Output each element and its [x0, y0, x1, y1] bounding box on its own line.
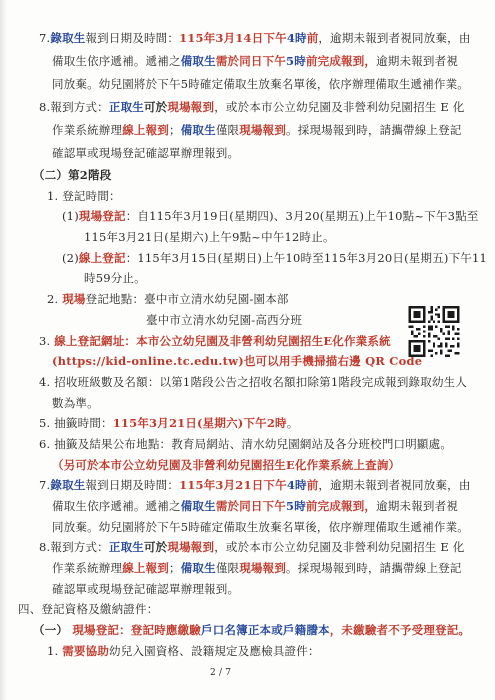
- text-run: 。: [287, 416, 299, 430]
- text-run: 現場報到: [167, 100, 214, 114]
- text-run: 報到日期及時間：: [85, 478, 179, 492]
- doc-line: 同放棄。幼兒園將於下午5時確定備取生放棄名單後，依序辦理備取生遞補作業。: [0, 73, 495, 96]
- text-run: 7.: [39, 478, 50, 492]
- text-run: 同放棄。幼兒園將於下午5時確定備取生放棄名單後，依序辦理備取生遞補作業。: [52, 77, 469, 91]
- doc-line: 同放棄。幼兒園將於下午5時確定備取生放棄名單後，依序辦理備取生遞補作業。: [0, 517, 495, 538]
- text-run: 同放棄。幼兒園將於下午5時確定備取生放棄名單後，依序辦理備取生遞補作業。: [52, 520, 469, 534]
- text-run: 7.: [39, 31, 50, 45]
- text-run: 需於同日下午: [216, 54, 286, 68]
- text-run: 。採現場報到時，請攜帶線上登記: [286, 123, 462, 137]
- doc-line: 8.報到方式：正取生可於現場報到，或於本市公立幼兒園及非營利幼兒園招生 E 化: [0, 537, 495, 558]
- text-run: 錄取生: [50, 478, 85, 492]
- text-run: ，逾期未報到者視同放棄，由: [318, 31, 470, 45]
- text-run: 現場: [62, 292, 85, 306]
- doc-line: 作業系統辦理線上報到；備取生僅限現場報到。採現場報到時，請攜帶線上登記: [0, 119, 495, 142]
- doc-line: 115年3月21日(星期六)上午9點~中午12時止。: [0, 227, 495, 248]
- text-run: 幼兒入園資格、設籍規定及應檢具證件：: [109, 644, 320, 658]
- text-run: (2): [62, 251, 79, 265]
- doc-line: 時59分止。: [0, 268, 495, 289]
- doc-line: 7.錄取生報到日期及時間：115年3月21日下午4時前，逾期未報到者視同放棄，由: [0, 475, 495, 496]
- doc-line: 確認單或現場登記確認單辦理報到。: [0, 142, 495, 165]
- text-run: ；: [169, 123, 181, 137]
- doc-line: 四、登記資格及繳納證件：: [0, 599, 495, 620]
- text-run: 正取生: [109, 540, 144, 554]
- text-run: 線上登記: [79, 251, 126, 265]
- text-run: 前: [307, 478, 319, 492]
- text-run: (1): [62, 209, 79, 223]
- doc-line: 作業系統辦理線上報到；備取生僅限現場報到。採現場報到時，請攜帶線上登記: [0, 558, 495, 579]
- doc-line: 數為準。: [0, 393, 495, 414]
- doc-line: 備取生依序遞補。遞補之備取生需於同日下午5時前完成報到，逾期未報到者視: [0, 496, 495, 517]
- text-run: 現場報到: [239, 123, 286, 137]
- text-run: 可於: [144, 540, 167, 554]
- text-run: 5時: [286, 499, 306, 513]
- text-run: 115年3月14日下午: [179, 31, 287, 45]
- doc-line: 1. 登記時間：: [0, 186, 495, 207]
- doc-line: (1)現場登記：自115年3月19日(星期四)、3月20(星期五)上午10點~下…: [0, 206, 495, 227]
- text-run: 逾期未報到者視: [376, 499, 458, 513]
- doc-line: 1. 需要協助幼兒入園資格、設籍規定及應檢具證件：: [0, 641, 495, 662]
- text-run: 線上登記網址：本市公立幼兒園及非營利幼兒園招生E化作業系統: [54, 334, 391, 348]
- text-run: ；: [169, 561, 181, 575]
- text-run: 臺中市立清水幼兒園-高西分班: [146, 313, 302, 327]
- text-run: 2.: [47, 292, 62, 306]
- text-run: 登記地點：臺中市立清水幼兒園-園本部: [86, 292, 289, 306]
- text-run: 備取生依序遞補。遞補之: [52, 499, 181, 513]
- text-run: 備取生依序遞補。遞補之: [52, 54, 181, 68]
- doc-line: 7.錄取生報到日期及時間：115年3月14日下午4時前，逾期未報到者視同放棄，由: [0, 27, 495, 50]
- text-run: ：自115年3月19日(星期四)、3月20(星期五)上午10點~下午3點至: [126, 209, 479, 223]
- text-run: 現場報到: [167, 540, 214, 554]
- text-run: ，或於本市公立幼兒園及非營利幼兒園招生 E 化: [214, 540, 464, 554]
- text-run: 線上報到: [122, 123, 169, 137]
- text-run: 正取生: [109, 100, 144, 114]
- text-run: 確認單或現場登記確認單辦理報到。: [52, 146, 239, 160]
- text-run: 5. 抽籤時間：: [39, 416, 113, 430]
- text-run: 線上報到: [122, 561, 169, 575]
- text-run: 前: [307, 31, 319, 45]
- text-run: 僅限: [216, 561, 239, 575]
- text-run: 115年3月21日(星期六)上午9點~中午12時止。: [84, 230, 335, 244]
- text-run: 。採現場報到時，請攜帶線上登記: [286, 561, 462, 575]
- text-run: 前完成報到，: [306, 499, 376, 513]
- text-run: 備取生: [181, 561, 216, 575]
- text-run: 確認單或現場登記確認單辦理報到。: [52, 582, 239, 596]
- text-run: 備取生: [181, 499, 216, 513]
- text-run: 現場登記: [79, 209, 126, 223]
- doc-line: 備取生依序遞補。遞補之備取生需於同日下午5時前完成報到，逾期未報到者視: [0, 50, 495, 73]
- text-run: ：115年3月15日(星期日)上午10時至115年3月20日(星期五)下午11: [126, 251, 487, 265]
- text-run: （另可於本市公立幼兒園及非營利幼兒園招生E化作業系統上查詢）: [52, 458, 400, 472]
- doc-line: (2)線上登記：115年3月15日(星期日)上午10時至115年3月20日(星期…: [0, 248, 495, 269]
- text-run: 5時: [286, 54, 306, 68]
- text-run: 時59分止。: [84, 271, 146, 285]
- text-run: 錄取生: [50, 31, 85, 45]
- doc-line: 8.報到方式：正取生可於現場報到，或於本市公立幼兒園及非營利幼兒園招生 E 化: [0, 96, 495, 119]
- text-run: 現場登記：登記時應繳驗: [72, 623, 201, 637]
- text-run: 作業系統辦理: [52, 561, 122, 575]
- text-run: 前完成報到，: [306, 54, 376, 68]
- doc-line: 確認單或現場登記確認單辦理報到。: [0, 579, 495, 600]
- page-number: 2 / 7: [0, 663, 495, 684]
- text-run: ，未繳驗者不予受理登記。: [330, 623, 470, 637]
- doc-line: （另可於本市公立幼兒園及非營利幼兒園招生E化作業系統上查詢）: [0, 455, 495, 476]
- text-run: ，或於本市公立幼兒園及非營利幼兒園招生 E 化: [214, 100, 464, 114]
- text-run: 3.: [39, 334, 54, 348]
- text-run: 4時: [287, 31, 307, 45]
- text-run: 戶口名簿正本或戶籍謄本: [201, 623, 330, 637]
- text-run: 數為準。: [52, 396, 99, 410]
- doc-line: （一） 現場登記：登記時應繳驗戶口名簿正本或戶籍謄本，未繳驗者不予受理登記。: [0, 620, 495, 641]
- text-run: 4. 招收班級數及名額：以第1階段公告之招收名額扣除第1階段完成報到錄取幼生人: [39, 375, 467, 389]
- text-run: 僅限: [216, 123, 239, 137]
- text-run: ，逾期未報到者視同放棄，由: [318, 478, 470, 492]
- text-run: 可於: [144, 100, 167, 114]
- text-run: 115年3月21日下午: [179, 478, 287, 492]
- qr-code-image: [406, 306, 462, 357]
- text-run: 備取生: [181, 123, 216, 137]
- text-run: （二）第2階段: [33, 168, 111, 182]
- text-run: (https://kid-online.tc.edu.tw)也可以用手機掃描右邊…: [52, 354, 422, 368]
- text-run: 作業系統辦理: [52, 123, 122, 137]
- text-run: 現場報到: [239, 561, 286, 575]
- doc-line: （二）第2階段: [0, 165, 495, 186]
- doc-line: 5. 抽籤時間：115年3月21日(星期六)下午2時。: [0, 413, 495, 434]
- text-run: 4時: [287, 478, 307, 492]
- text-run: 需要協助: [62, 644, 109, 658]
- document-page: 7.錄取生報到日期及時間：115年3月14日下午4時前，逾期未報到者視同放棄，由…: [0, 0, 495, 700]
- text-run: 逾期未報到者視: [376, 54, 458, 68]
- text-run: 115年3月21日(星期六)下午2時: [113, 416, 287, 430]
- text-run: 1. 登記時間：: [47, 189, 121, 203]
- text-run: 2 / 7: [210, 668, 231, 678]
- text-run: （一）: [33, 623, 72, 637]
- doc-line: 4. 招收班級數及名額：以第1階段公告之招收名額扣除第1階段完成報到錄取幼生人: [0, 372, 495, 393]
- text-run: 6. 抽籤及結果公布地點：教育局網站、清水幼兒園網站及各分班校門口明顯處。: [39, 437, 452, 451]
- doc-line: 6. 抽籤及結果公布地點：教育局網站、清水幼兒園網站及各分班校門口明顯處。: [0, 434, 495, 455]
- text-run: 報到日期及時間：: [85, 31, 179, 45]
- text-run: 需於同日下午: [216, 499, 286, 513]
- text-run: 8.報到方式：: [39, 100, 109, 114]
- text-run: 四、登記資格及繳納證件：: [18, 602, 158, 616]
- text-run: 1.: [47, 644, 62, 658]
- text-run: 8.報到方式：: [39, 540, 109, 554]
- text-run: 備取生: [181, 54, 216, 68]
